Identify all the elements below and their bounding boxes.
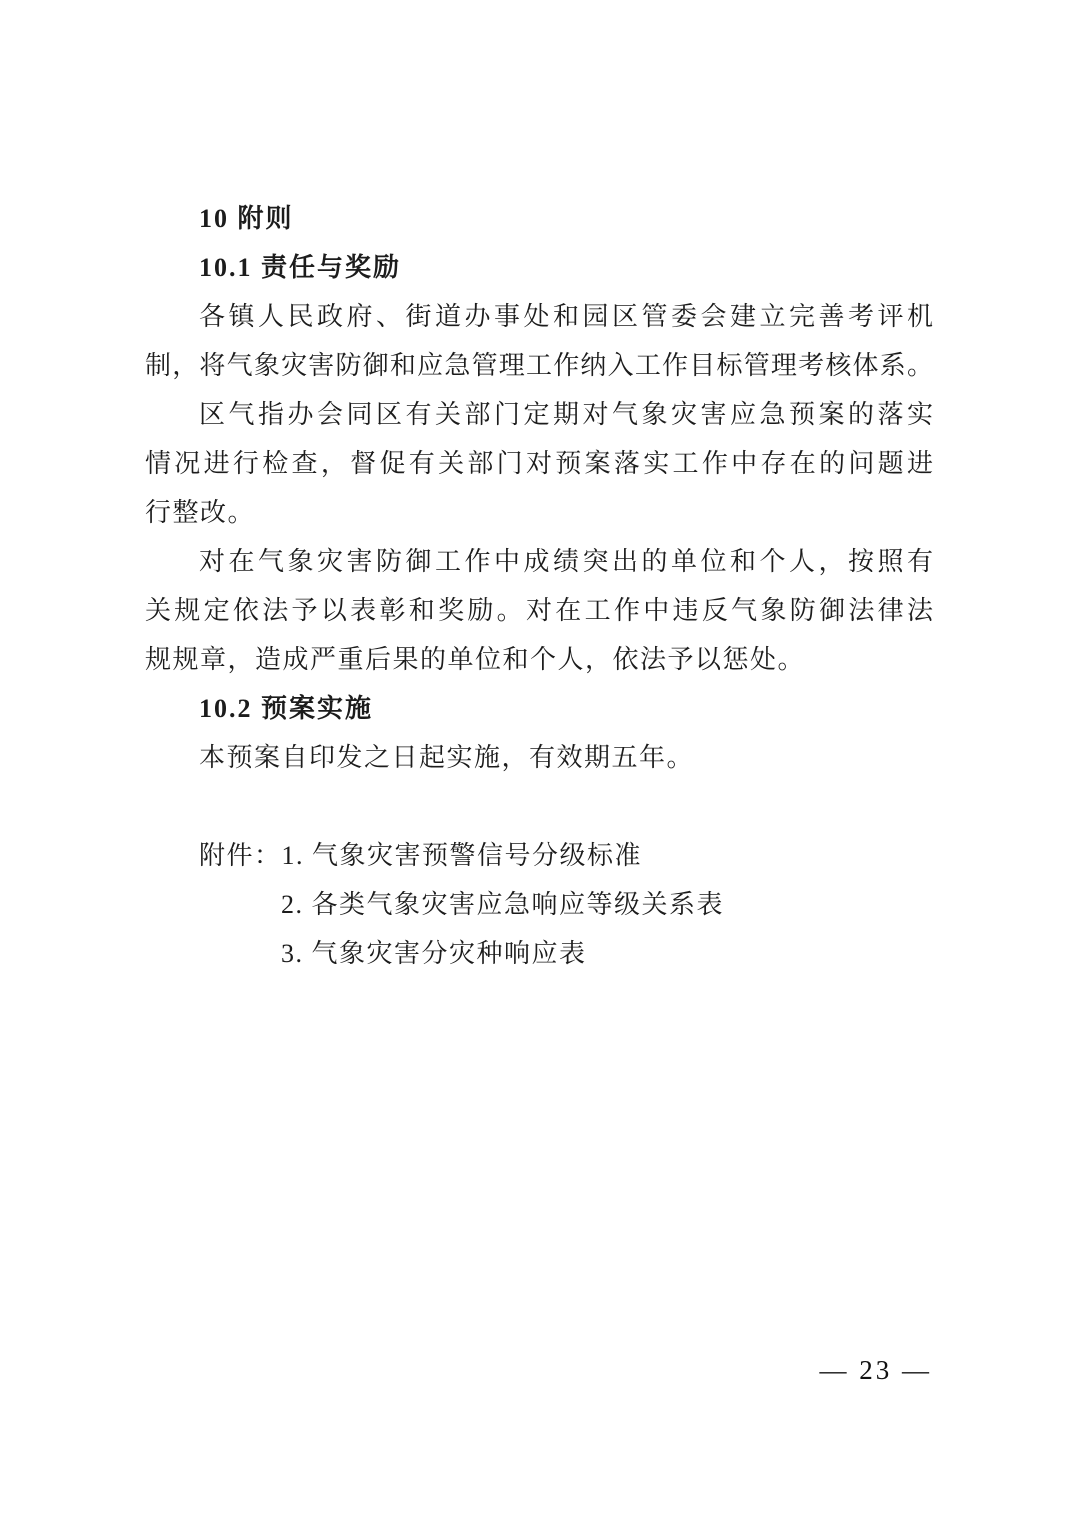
document-page: 10 附则 10.1 责任与奖励 各镇人民政府、街道办事处和园区管委会建立完善考… xyxy=(0,0,1074,1520)
paragraph-2-line-2: 情况进行检查，督促有关部门对预案落实工作中存在的问题进 xyxy=(145,439,933,488)
attachment-list-item-3: 3. 气象灾害分灾种响应表 xyxy=(145,929,933,978)
paragraph-2-line-1: 区气指办会同区有关部门定期对气象灾害应急预案的落实 xyxy=(145,390,933,439)
document-content: 10 附则 10.1 责任与奖励 各镇人民政府、街道办事处和园区管委会建立完善考… xyxy=(145,194,933,978)
paragraph-3-line-2: 关规定依法予以表彰和奖励。对在工作中违反气象防御法律法 xyxy=(145,586,933,635)
paragraph-3-line-1: 对在气象灾害防御工作中成绩突出的单位和个人，按照有 xyxy=(145,537,933,586)
paragraph-2-line-3: 行整改。 xyxy=(145,488,933,537)
attachment-list-item-2: 2. 各类气象灾害应急响应等级关系表 xyxy=(145,880,933,929)
paragraph-1-line-2: 制，将气象灾害防御和应急管理工作纳入工作目标管理考核体系。 xyxy=(145,341,933,390)
paragraph-4-line-1: 本预案自印发之日起实施，有效期五年。 xyxy=(145,733,933,782)
attachment-list-item-1: 附件：1. 气象灾害预警信号分级标准 xyxy=(145,831,933,880)
paragraph-1-line-1: 各镇人民政府、街道办事处和园区管委会建立完善考评机 xyxy=(145,292,933,341)
section-heading-10: 10 附则 xyxy=(145,194,933,243)
subsection-heading-10-2: 10.2 预案实施 xyxy=(145,684,933,733)
page-number: — 23 — xyxy=(820,1352,933,1388)
paragraph-3-line-3: 规规章，造成严重后果的单位和个人，依法予以惩处。 xyxy=(145,635,933,684)
subsection-heading-10-1: 10.1 责任与奖励 xyxy=(145,243,933,292)
blank-line xyxy=(145,782,933,831)
